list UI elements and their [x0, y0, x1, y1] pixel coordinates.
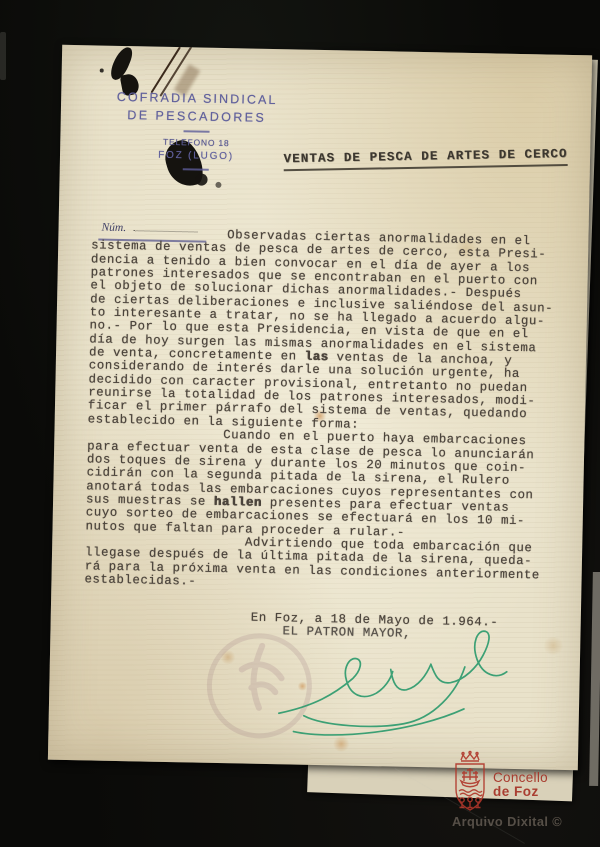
- document-title: VENTAS DE PESCA DE ARTES DE CERCO: [283, 147, 567, 171]
- letterhead-rule: [183, 130, 209, 133]
- org-name-line1: COFRADIA SINDICAL: [111, 90, 283, 107]
- document-page: COFRADIA SINDICAL DE PESCADORES TELEFONO…: [48, 45, 592, 770]
- document-body: Observadas ciertas anormalidades en elsi…: [84, 226, 554, 596]
- scanner-edge-mark: [0, 32, 6, 80]
- archive-watermark-label: Arquivo Dixital ©: [452, 814, 562, 829]
- signature-autograph: [263, 616, 526, 753]
- letterhead-place: FOZ (LUGO): [110, 149, 282, 163]
- ink-blot: [195, 173, 207, 185]
- ink-dot: [100, 69, 104, 73]
- watermark-org-line2: de Foz: [493, 784, 539, 799]
- scanned-document-view: COFRADIA SINDICAL DE PESCADORES TELEFONO…: [0, 0, 600, 847]
- scanner-edge-sliver: [589, 572, 600, 786]
- letterhead: COFRADIA SINDICAL DE PESCADORES TELEFONO…: [110, 86, 284, 172]
- stain: [542, 637, 564, 655]
- ink-dot: [215, 182, 221, 188]
- org-name-line2: DE PESCADORES: [111, 108, 283, 125]
- coat-of-arms-icon: [450, 751, 490, 815]
- watermark-org-name: Concello de Foz: [493, 771, 548, 798]
- letterhead-phone: TELEFONO 18: [110, 136, 282, 149]
